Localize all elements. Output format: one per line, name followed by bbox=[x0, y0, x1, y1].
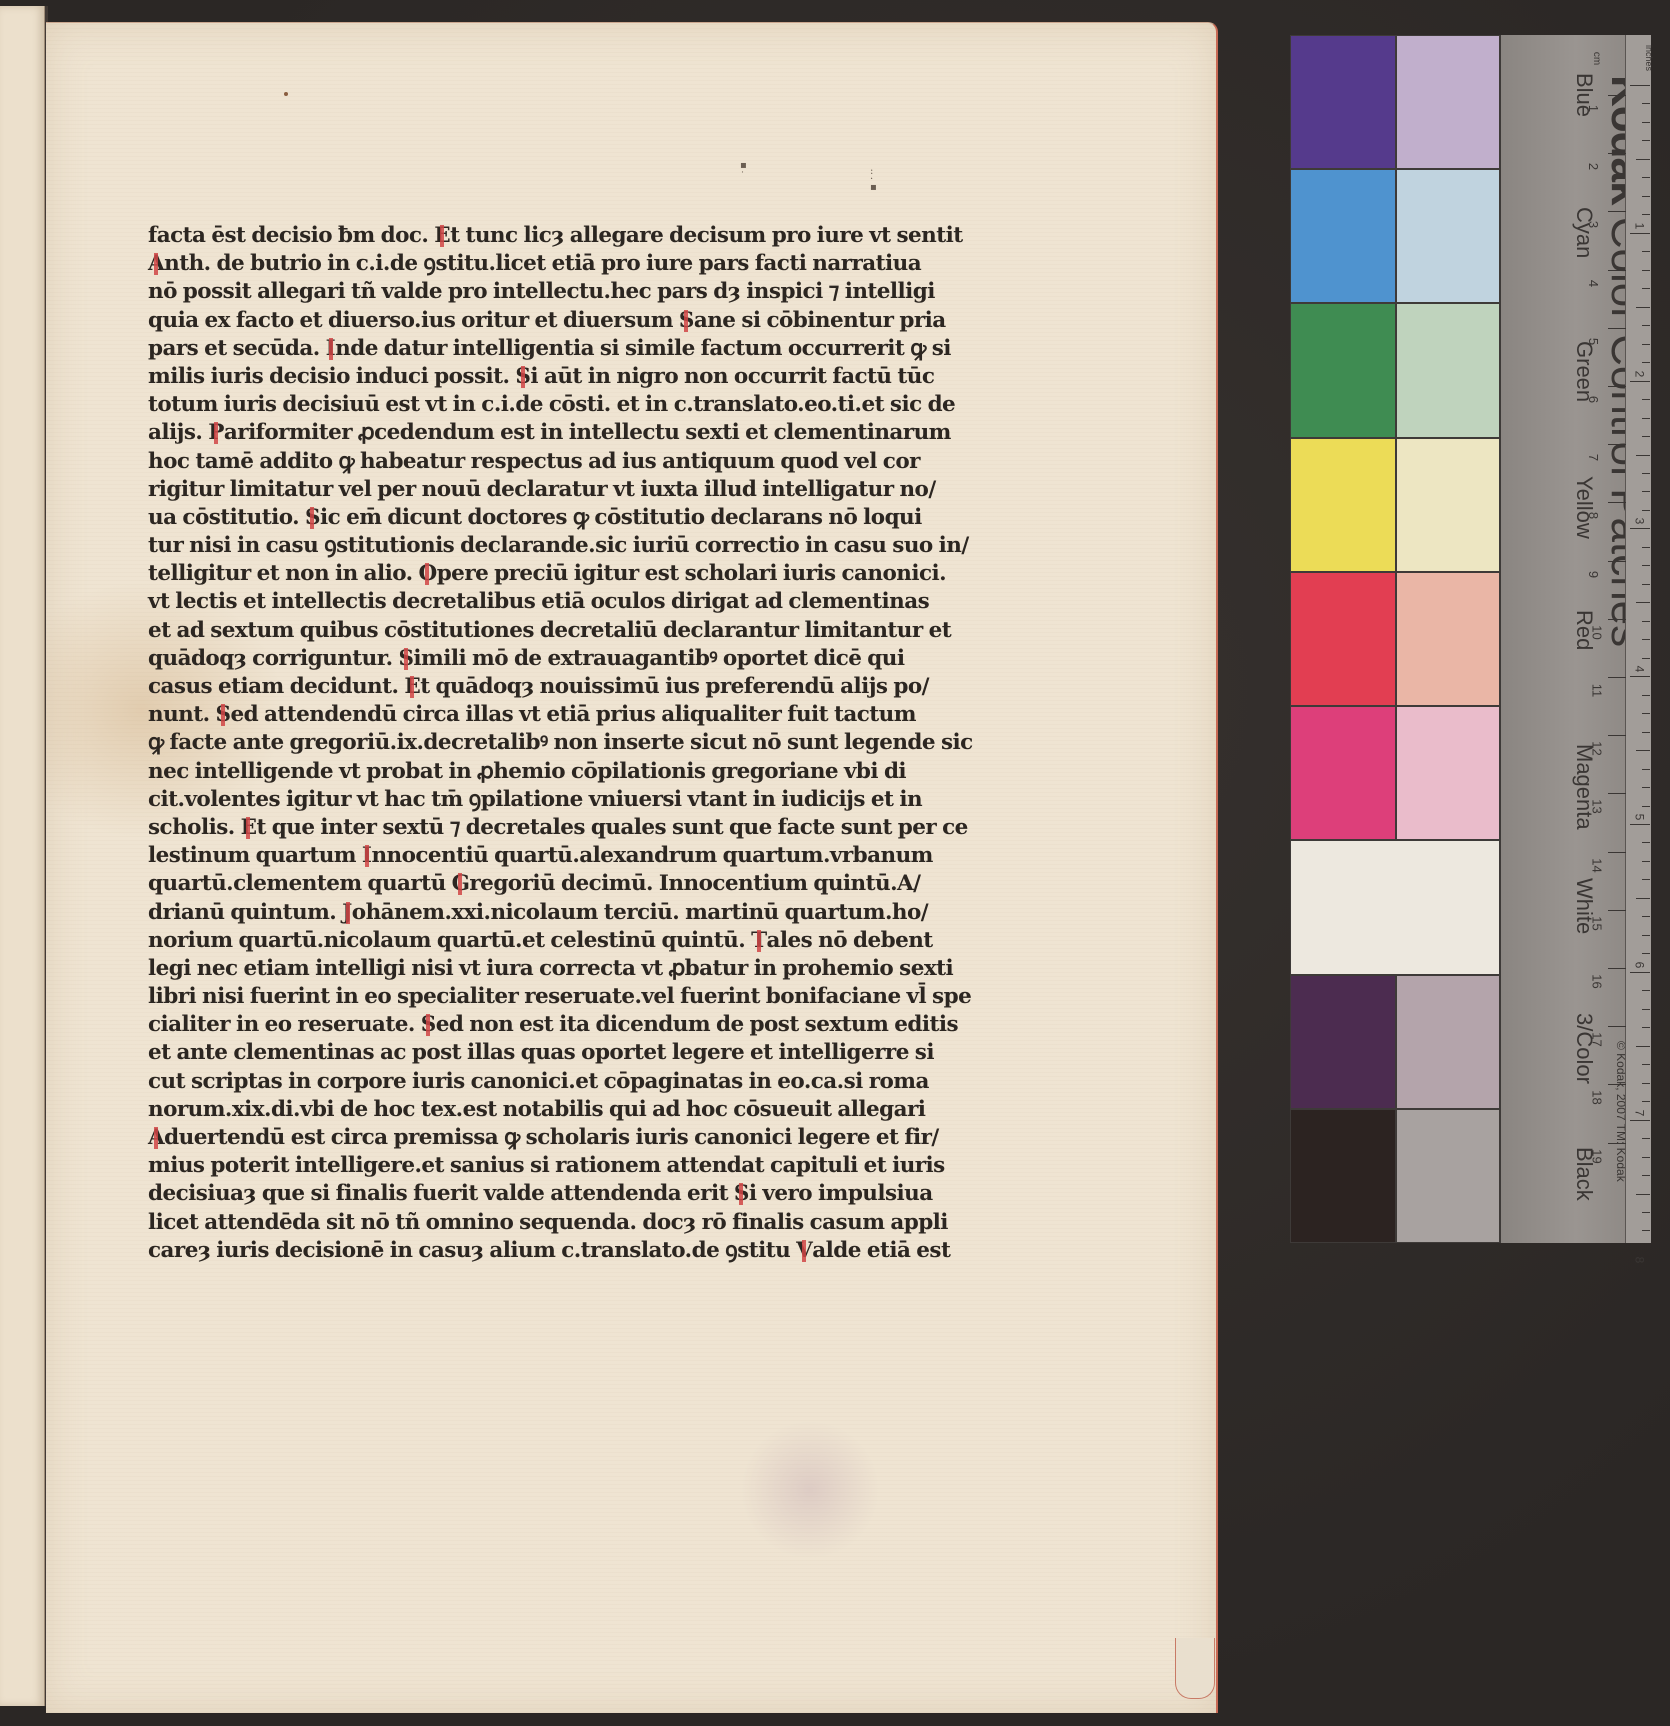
cm-number: 15 bbox=[1590, 916, 1605, 930]
inch-tick bbox=[1630, 528, 1650, 529]
inch-tick bbox=[1630, 381, 1650, 382]
cm-number: 18 bbox=[1590, 1091, 1605, 1105]
cm-number: 14 bbox=[1590, 858, 1605, 872]
inch-tick bbox=[1642, 769, 1650, 770]
cm-tick bbox=[1608, 619, 1626, 620]
cm-tick bbox=[1608, 852, 1626, 853]
text-line: scholis. Et que inter sextū ⁊ decretales… bbox=[148, 814, 888, 842]
text-line: pars et secūda. Inde datur intelligentia… bbox=[148, 335, 888, 363]
inch-tick bbox=[1642, 565, 1650, 566]
inch-tick bbox=[1642, 1175, 1650, 1176]
patch-green-dark bbox=[1290, 303, 1396, 437]
inch-tick bbox=[1642, 861, 1650, 862]
inch-number: 1 bbox=[1632, 222, 1646, 229]
patch-3-color-dark bbox=[1290, 975, 1396, 1109]
inch-tick bbox=[1630, 676, 1650, 677]
inch-tick bbox=[1642, 732, 1650, 733]
patch-red-light bbox=[1396, 572, 1500, 706]
inch-tick bbox=[1642, 103, 1650, 104]
inch-tick bbox=[1636, 455, 1650, 456]
patch-yellow-dark bbox=[1290, 438, 1396, 572]
strip-label-area: Kodak Color Control Patches BlueCyanGree… bbox=[1500, 35, 1626, 1243]
patch-3-color-light bbox=[1396, 975, 1500, 1109]
cm-tick bbox=[1608, 1026, 1626, 1027]
text-line: cialiter in eo reseruate. Sed non est it… bbox=[148, 1011, 888, 1039]
inch-tick bbox=[1642, 916, 1650, 917]
cm-tick bbox=[1608, 153, 1626, 154]
text-line: casus etiam decidunt. Et quādoqȝ nouissi… bbox=[148, 673, 888, 701]
patch-label: Yellow bbox=[1571, 476, 1597, 539]
inch-tick bbox=[1636, 750, 1650, 751]
cm-tick bbox=[1608, 444, 1626, 445]
patch-label: Cyan bbox=[1571, 207, 1597, 258]
patch-label: Magenta bbox=[1571, 744, 1597, 830]
text-line: norium quartū.nicolaum quartū.et celesti… bbox=[148, 927, 888, 955]
text-line: telligitur et non in alio. Opere preciū … bbox=[148, 560, 888, 588]
inch-tick bbox=[1630, 972, 1650, 973]
inch-tick bbox=[1642, 177, 1650, 178]
inch-tick bbox=[1642, 214, 1650, 215]
text-line: nec intelligende vt probat in ꝓhemio cōp… bbox=[148, 758, 888, 786]
text-line: rigitur limitatur vel per nouū declaratu… bbox=[148, 476, 888, 504]
cm-number: 11 bbox=[1589, 684, 1604, 698]
cm-number: 10 bbox=[1590, 625, 1605, 639]
text-line: milis iuris decisio induci possit. Si aū… bbox=[148, 363, 888, 391]
text-line: tur nisi in casu ꝯstitutionis declarande… bbox=[148, 532, 888, 560]
cm-tick bbox=[1608, 735, 1626, 736]
cm-number: 3 bbox=[1586, 221, 1601, 228]
inch-tick bbox=[1630, 1120, 1650, 1121]
patch-magenta-light bbox=[1396, 706, 1500, 840]
inch-number: 5 bbox=[1632, 814, 1646, 821]
inch-tick bbox=[1642, 879, 1650, 880]
cm-tick bbox=[1608, 386, 1626, 387]
cm-number: 8 bbox=[1586, 512, 1601, 519]
inch-tick bbox=[1642, 935, 1650, 936]
inch-tick bbox=[1642, 1230, 1650, 1231]
inch-number: 4 bbox=[1632, 666, 1646, 673]
patch-white bbox=[1290, 840, 1500, 974]
text-line: ꝙ facte ante gregoriū.ix.decretalibꝰ non… bbox=[148, 729, 888, 757]
inch-tick bbox=[1636, 602, 1650, 603]
text-line: norum.xix.di.vbi de hoc tex.est notabili… bbox=[148, 1096, 888, 1124]
inch-tick bbox=[1642, 399, 1650, 400]
inch-tick bbox=[1642, 547, 1650, 548]
patch-blue-light bbox=[1396, 35, 1500, 169]
cm-tick bbox=[1608, 1084, 1626, 1085]
inch-tick bbox=[1642, 1101, 1650, 1102]
inch-tick bbox=[1642, 436, 1650, 437]
inch-tick bbox=[1642, 990, 1650, 991]
inch-tick bbox=[1642, 584, 1650, 585]
inch-number: 3 bbox=[1632, 518, 1646, 525]
text-line: careȝ iuris decisionē in casuȝ alium c.t… bbox=[148, 1237, 888, 1265]
inch-tick bbox=[1642, 251, 1650, 252]
inch-tick bbox=[1642, 344, 1650, 345]
cm-tick bbox=[1608, 677, 1626, 678]
patch-cyan-dark bbox=[1290, 169, 1396, 303]
patch-black-dark bbox=[1290, 1109, 1396, 1243]
inch-tick bbox=[1642, 658, 1650, 659]
ink-speck bbox=[284, 92, 288, 96]
inch-tick bbox=[1642, 1157, 1650, 1158]
inch-tick bbox=[1630, 233, 1650, 234]
inch-tick bbox=[1642, 621, 1650, 622]
text-line: quia ex facto et diuerso.ius oritur et d… bbox=[148, 307, 888, 335]
patch-red-dark bbox=[1290, 572, 1396, 706]
cm-number: 1 bbox=[1586, 105, 1601, 112]
text-line: cut scriptas in corpore iuris canonici.e… bbox=[148, 1068, 888, 1096]
cm-number: 16 bbox=[1590, 974, 1605, 988]
cm-tick bbox=[1608, 328, 1626, 329]
text-line: vt lectis et intellectis decretalibus et… bbox=[148, 588, 888, 616]
cm-number: 7 bbox=[1586, 454, 1601, 461]
inch-tick bbox=[1642, 140, 1650, 141]
cm-tick bbox=[1608, 1143, 1626, 1144]
inch-tick bbox=[1642, 473, 1650, 474]
cm-number: 5 bbox=[1586, 338, 1601, 345]
text-line: legi nec etiam intelligi nisi vt iura co… bbox=[148, 955, 888, 983]
torn-page-corner bbox=[1175, 1638, 1215, 1699]
inch-tick bbox=[1642, 270, 1650, 271]
inch-tick bbox=[1636, 1194, 1650, 1195]
text-line: nunt. Sed attendendū circa illas vt etiā… bbox=[148, 701, 888, 729]
cm-number: 6 bbox=[1586, 396, 1601, 403]
text-line: drianū quintum. Johānem.xxi.nicolaum ter… bbox=[148, 899, 888, 927]
text-line: quādoqȝ corriguntur. Simili mō de extrau… bbox=[148, 645, 888, 673]
purple-stain bbox=[740, 1420, 880, 1560]
inch-number: 2 bbox=[1632, 370, 1646, 377]
cm-tick bbox=[1608, 95, 1626, 96]
text-line: libri nisi fuerint in eo specialiter res… bbox=[148, 983, 888, 1011]
text-line: et ad sextum quibus cōstitutiones decret… bbox=[148, 617, 888, 645]
previous-page-edge bbox=[0, 6, 45, 1706]
cm-tick bbox=[1608, 968, 1626, 969]
text-line: cit.volentes igitur vt hac tm̄ ꝯpilation… bbox=[148, 786, 888, 814]
inch-tick bbox=[1642, 418, 1650, 419]
inch-tick bbox=[1642, 1027, 1650, 1028]
kodak-color-control-strip: Kodak Color Control Patches BlueCyanGree… bbox=[1290, 35, 1650, 1243]
cm-tick bbox=[1608, 910, 1626, 911]
patch-blue-dark bbox=[1290, 35, 1396, 169]
text-line: ua cōstitutio. Sic em̄ dicunt doctores ꝙ… bbox=[148, 504, 888, 532]
cm-number: 19 bbox=[1590, 1149, 1605, 1163]
patch-black-light bbox=[1396, 1109, 1500, 1243]
inch-tick bbox=[1630, 85, 1650, 86]
inch-tick bbox=[1636, 159, 1650, 160]
cm-tick bbox=[1608, 211, 1626, 212]
cm-number: 9 bbox=[1586, 570, 1601, 577]
text-line: totum iuris decisiuū est vt in c.i.de cō… bbox=[148, 391, 888, 419]
text-line: mius poterit intelligere.et sanius si ra… bbox=[148, 1152, 888, 1180]
inch-tick bbox=[1642, 1009, 1650, 1010]
cm-tick bbox=[1608, 502, 1626, 503]
inch-tick bbox=[1642, 1064, 1650, 1065]
inch-tick bbox=[1642, 122, 1650, 123]
inch-number: 8 bbox=[1632, 1257, 1646, 1264]
inch-tick bbox=[1642, 953, 1650, 954]
cm-number: 17 bbox=[1590, 1032, 1605, 1046]
cm-tick bbox=[1608, 270, 1626, 271]
text-line: Anth. de butrio in c.i.de ꝯstitu.licet e… bbox=[148, 250, 888, 278]
cm-number: 4 bbox=[1586, 279, 1601, 286]
inch-tick bbox=[1642, 1083, 1650, 1084]
text-line: quartū.clementem quartū Gregoriū decimū.… bbox=[148, 870, 888, 898]
inch-tick bbox=[1642, 288, 1650, 289]
inch-tick bbox=[1636, 898, 1650, 899]
text-line: decisiuaȝ que si finalis fuerit valde at… bbox=[148, 1180, 888, 1208]
inch-tick bbox=[1642, 787, 1650, 788]
inch-number: 7 bbox=[1632, 1109, 1646, 1116]
inch-tick bbox=[1642, 1212, 1650, 1213]
inch-tick bbox=[1636, 1046, 1650, 1047]
patch-green-light bbox=[1396, 303, 1500, 437]
printed-text-block: facta ēst decisio ƀm doc. Et tunc licȝ a… bbox=[148, 222, 888, 1265]
inch-tick bbox=[1642, 695, 1650, 696]
inch-unit-label: inches bbox=[1644, 45, 1654, 71]
cm-number: 12 bbox=[1590, 741, 1605, 755]
cm-unit-label: cm bbox=[1591, 52, 1602, 65]
text-line: hoc tamē addito ꝙ habeatur respectus ad … bbox=[148, 448, 888, 476]
inch-tick bbox=[1642, 196, 1650, 197]
inch-tick bbox=[1630, 824, 1650, 825]
text-line: Aduertendū est circa premissa ꝙ scholari… bbox=[148, 1124, 888, 1152]
patch-yellow-light bbox=[1396, 438, 1500, 572]
inch-tick bbox=[1636, 307, 1650, 308]
text-line: et ante clementinas ac post illas quas o… bbox=[148, 1039, 888, 1067]
inch-tick bbox=[1642, 806, 1650, 807]
patch-cyan-light bbox=[1396, 169, 1500, 303]
inch-number: 6 bbox=[1632, 961, 1646, 968]
text-line: facta ēst decisio ƀm doc. Et tunc licȝ a… bbox=[148, 222, 888, 250]
inch-tick bbox=[1642, 491, 1650, 492]
text-line: alijs. Pariformiter ꝓcedendum est in int… bbox=[148, 419, 888, 447]
text-line: nō possit allegari tñ valde pro intellec… bbox=[148, 278, 888, 306]
inch-tick bbox=[1642, 362, 1650, 363]
patch-label: Green bbox=[1571, 341, 1597, 402]
inch-tick bbox=[1642, 510, 1650, 511]
text-line: lestinum quartum Innocentiū quartū.alexa… bbox=[148, 842, 888, 870]
cm-number: 2 bbox=[1586, 163, 1601, 170]
inch-tick bbox=[1642, 1138, 1650, 1139]
patch-magenta-dark bbox=[1290, 706, 1396, 840]
inch-tick bbox=[1642, 842, 1650, 843]
cm-tick bbox=[1608, 793, 1626, 794]
inch-tick bbox=[1642, 639, 1650, 640]
inch-tick bbox=[1642, 713, 1650, 714]
text-line: licet attendēda sit nō tñ omnino sequend… bbox=[148, 1209, 888, 1237]
cm-number: 13 bbox=[1590, 800, 1605, 814]
patch-label: 3/Color bbox=[1571, 1013, 1597, 1084]
cm-tick bbox=[1608, 561, 1626, 562]
inch-tick bbox=[1642, 325, 1650, 326]
